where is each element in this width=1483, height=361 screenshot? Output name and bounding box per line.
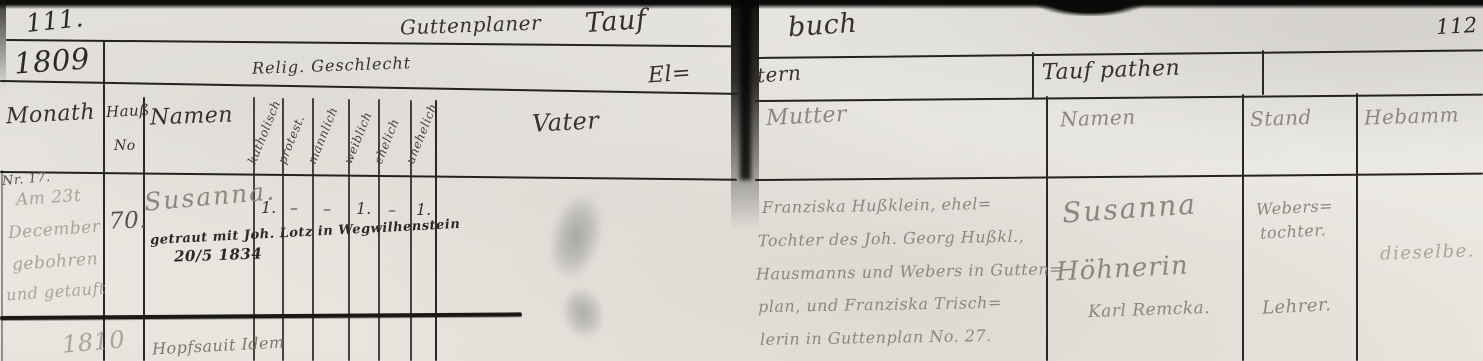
mother-entry-line: plan, und Franziska Trisch= bbox=[758, 293, 1002, 316]
column-header-mutter: Mutter bbox=[765, 102, 847, 131]
rule-body-top-left bbox=[0, 171, 737, 181]
column-header-monath: Monath bbox=[5, 100, 95, 130]
tally-mark-ehelich: – bbox=[388, 200, 396, 219]
mother-entry-line: Franziska Hußklein, ehel= bbox=[762, 194, 992, 217]
year-label: 1809 bbox=[13, 41, 91, 80]
eltern-label-right-part: tern bbox=[756, 60, 802, 87]
column-header-stand: Stand bbox=[1250, 105, 1313, 131]
page-number-left: 111. bbox=[25, 3, 85, 38]
birth-date-line: December bbox=[7, 217, 101, 243]
midwife-entry: dieselbe. bbox=[1380, 240, 1476, 264]
mother-entry-line: Hausmanns und Webers in Gutten= bbox=[756, 259, 1063, 283]
tally-mark-protestantisch: – bbox=[290, 198, 298, 217]
tally-label-maennlich: männlich bbox=[305, 105, 341, 166]
column-header-namen-right: Namen bbox=[1060, 105, 1136, 132]
page-left-bottom-edge bbox=[1, 170, 3, 361]
next-year-label: 1810 bbox=[61, 325, 126, 358]
column-header-namen-left: Namen bbox=[150, 103, 234, 131]
column-header-haus: Hauß bbox=[106, 101, 151, 121]
book-gutter-core bbox=[740, 0, 751, 180]
rule-body-top-right bbox=[755, 173, 1483, 181]
rule-right-mid bbox=[755, 94, 1483, 102]
rule-left-mid bbox=[0, 80, 738, 95]
godparent-stand-line: Lehrer. bbox=[1261, 294, 1331, 319]
child-name: Susanna. bbox=[143, 176, 277, 216]
ink-smudge-lower bbox=[555, 281, 612, 345]
scan-top-fold-shadow bbox=[1035, 0, 1145, 16]
birth-date-line: Am 23t bbox=[15, 186, 82, 211]
pencil-surname-note: Hopfsauit Idem bbox=[152, 333, 285, 359]
scan-left-edge bbox=[0, 0, 6, 90]
register-scan: 111. Guttenplaner Tauf 1809 Relig. Gesch… bbox=[0, 0, 1483, 361]
divider-taufpathen-band-right bbox=[1262, 50, 1264, 95]
divider-year-monath bbox=[103, 41, 105, 361]
divider-mutter-namen bbox=[1046, 96, 1048, 361]
tally-mark-weiblich: 1. bbox=[356, 199, 371, 218]
divider-namen-stand bbox=[1242, 94, 1244, 361]
column-header-vater: Vater bbox=[531, 106, 600, 137]
ink-smudge-upper bbox=[540, 187, 612, 287]
page-number-right: 112 bbox=[1435, 13, 1478, 39]
relig-geschlecht-group-label: Relig. Geschlecht bbox=[252, 53, 412, 78]
house-number: 70. bbox=[109, 207, 148, 234]
birth-date-line: gebohren bbox=[11, 249, 98, 275]
godparent-name-line: Höhnerin bbox=[1055, 251, 1189, 288]
tally-mark-katholisch: 1. bbox=[261, 198, 276, 217]
godparent-name-line: Susanna bbox=[1061, 187, 1198, 229]
tally-label-protestantisch: protest. bbox=[275, 113, 307, 166]
mother-entry-line: lerin in Guttenplan No. 27. bbox=[760, 326, 992, 349]
divider-stand-hebamme bbox=[1356, 93, 1358, 361]
book-title-part-3: buch bbox=[787, 8, 858, 44]
godparent-name-line: Karl Remcka. bbox=[1088, 298, 1211, 322]
pencil-strike-line bbox=[0, 312, 522, 320]
eltern-label-left-part: El= bbox=[647, 61, 692, 89]
godparent-stand-line: Webers= bbox=[1256, 196, 1334, 219]
tally-label-ehelich: ehelich bbox=[371, 117, 402, 166]
birth-date-line: und getauft bbox=[5, 279, 106, 305]
book-title-part-2: Tauf bbox=[584, 4, 647, 39]
column-header-hebamme: Hebamm bbox=[1364, 102, 1460, 129]
margin-record-number: Nr. 17. bbox=[1, 170, 51, 189]
mother-entry-line: Tochter des Joh. Georg Hußkl., bbox=[758, 227, 1025, 251]
taufpathen-group-label: Tauf pathen bbox=[1042, 56, 1181, 86]
marriage-annotation: getraut mit Joh. Lotz in Wegwilhenstein bbox=[150, 217, 461, 248]
godparent-stand-line: tochter. bbox=[1260, 220, 1327, 242]
tally-mark-maennlich: – bbox=[323, 199, 331, 218]
column-header-haus-no: No bbox=[114, 138, 136, 154]
rule-left-top bbox=[6, 39, 736, 47]
divider-eltern-taufpathen-band bbox=[1032, 52, 1034, 98]
book-title-part-1: Guttenplaner bbox=[400, 11, 542, 40]
tally-mark-unehelich: 1. bbox=[416, 200, 431, 219]
tally-label-weiblich: weiblich bbox=[341, 110, 375, 166]
marriage-annotation-date: 20/5 1834 bbox=[174, 244, 263, 265]
